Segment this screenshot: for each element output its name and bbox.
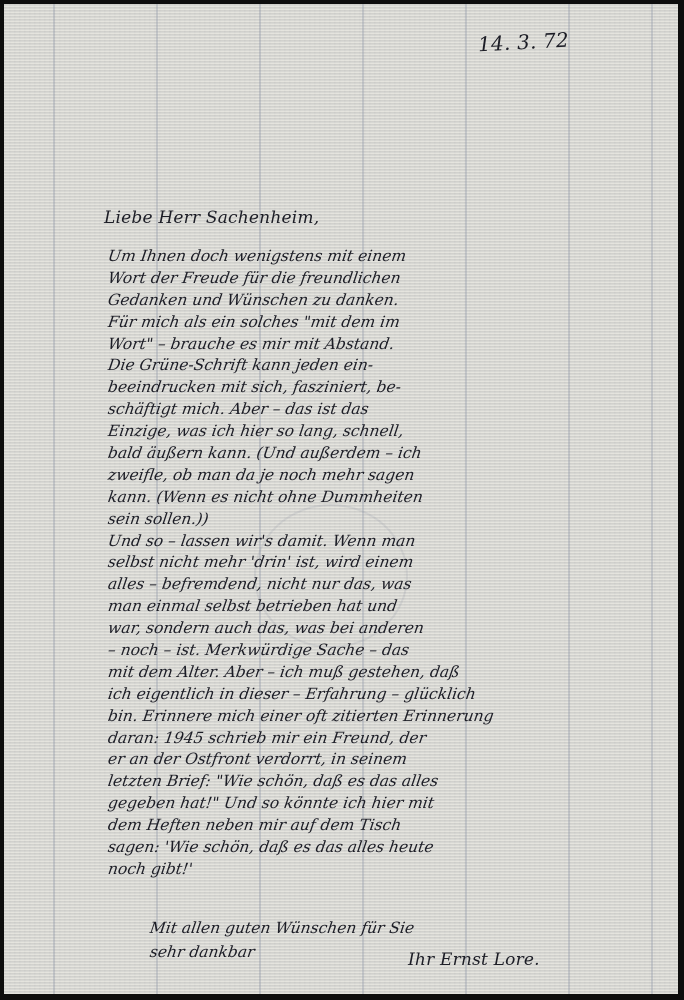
body-line: Für mich als ein solches "mit dem im xyxy=(106,312,654,334)
body-line: er an der Ostfront verdorrt, in seinem xyxy=(106,749,654,771)
body-line: gegeben hat!" Und so könnte ich hier mit xyxy=(106,793,654,815)
closing-line: sehr dankbar xyxy=(148,940,416,964)
body-line: sagen: 'Wie schön, daß es das alles heut… xyxy=(106,837,654,859)
scan-border: 14. 3. 72 Liebe Herr Sachenheim, Um Ihne… xyxy=(0,0,684,1000)
body-line: Einzige, was ich hier so lang, schnell, xyxy=(106,421,654,443)
body-line: sein sollen.)) xyxy=(106,509,654,531)
letter-salutation: Liebe Herr Sachenheim, xyxy=(104,208,319,228)
body-line: bald äußern kann. (Und außerdem – ich xyxy=(106,443,654,465)
body-line: noch gibt!' xyxy=(106,859,654,881)
body-line: Und so – lassen wir's damit. Wenn man xyxy=(106,531,654,553)
body-line: daran: 1945 schrieb mir ein Freund, der xyxy=(106,728,654,750)
body-line: letzten Brief: "Wie schön, daß es das al… xyxy=(106,771,654,793)
body-line: Die Grüne-Schrift kann jeden ein- xyxy=(106,355,654,377)
body-line: man einmal selbst betrieben hat und xyxy=(106,596,654,618)
body-line: alles – befremdend, nicht nur das, was xyxy=(106,574,654,596)
closing-line: Mit allen guten Wünschen für Sie xyxy=(148,916,416,940)
body-line: schäftigt mich. Aber – das ist das xyxy=(106,399,654,421)
body-line: ich eigentlich in dieser – Erfahrung – g… xyxy=(106,684,654,706)
body-line: war, sondern auch das, was bei anderen xyxy=(106,618,654,640)
body-line: Um Ihnen doch wenigstens mit einem xyxy=(106,246,654,268)
body-line: Wort" – brauche es mir mit Abstand. xyxy=(106,334,654,356)
letter-date: 14. 3. 72 xyxy=(477,28,569,57)
paper-rule-line xyxy=(53,4,55,994)
letter-closing: Mit allen guten Wünschen für Sie sehr da… xyxy=(150,916,414,964)
body-line: selbst nicht mehr 'drin' ist, wird einem xyxy=(106,552,654,574)
body-line: beeindrucken mit sich, fasziniert, be- xyxy=(106,377,654,399)
body-line: Wort der Freude für die freundlichen xyxy=(106,268,654,290)
body-line: zweifle, ob man da je noch mehr sagen xyxy=(106,465,654,487)
body-line: Gedanken und Wünschen zu danken. xyxy=(106,290,654,312)
body-line: – noch – ist. Merkwürdige Sache – das xyxy=(106,640,654,662)
body-line: kann. (Wenn es nicht ohne Dummheiten xyxy=(106,487,654,509)
body-line: bin. Erinnere mich einer oft zitierten E… xyxy=(106,706,654,728)
body-line: mit dem Alter. Aber – ich muß gestehen, … xyxy=(106,662,654,684)
letter-body: Um Ihnen doch wenigstens mit einem Wort … xyxy=(108,246,653,881)
letter-signature: Ihr Ernst Lore. xyxy=(408,950,540,970)
body-line: dem Heften neben mir auf dem Tisch xyxy=(106,815,654,837)
